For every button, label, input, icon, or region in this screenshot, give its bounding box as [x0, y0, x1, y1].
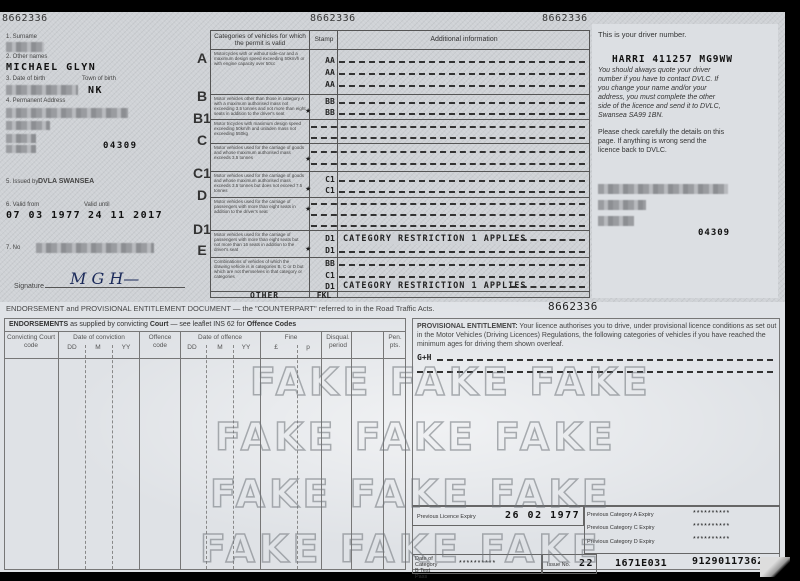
column-divider	[180, 331, 181, 569]
driving-licence-paper: 8662336 1. Surname 2. Other names MICHAE…	[0, 12, 785, 572]
header-additional-info: Additional information	[341, 36, 587, 43]
address-line-1-redacted	[598, 184, 728, 194]
column-divider	[297, 345, 298, 569]
prev-licence-expiry-cell: Previous Licence Expiry 26 02 1977	[412, 506, 584, 526]
col-penalty-points: Pen. pts.	[385, 334, 405, 350]
licence-number-redacted	[36, 243, 154, 253]
endorsements-heading: ENDORSEMENTS	[9, 321, 68, 328]
category-a-description: Motorcycles with or without side-car and…	[214, 51, 306, 66]
other-categories-label-1: OTHER	[250, 291, 279, 300]
prev-licence-expiry-label: Previous Licence Expiry	[417, 514, 476, 520]
driver-number-instructions: You should always quote your driver numb…	[598, 66, 728, 120]
category-a-stamp-1: AA	[321, 56, 339, 65]
row-divider	[211, 171, 589, 172]
row-divider	[211, 49, 589, 50]
endorsements-leaflet-ref: — see leaflet INS 62 for	[169, 321, 247, 328]
category-d-description: Motor vehicles used for the carriage of …	[214, 199, 306, 214]
row-divider	[211, 143, 589, 144]
col-fine-pence: p	[299, 344, 317, 352]
signature-label: Signature	[14, 283, 44, 290]
holder-signature: M G H—	[70, 269, 139, 288]
category-d1-restriction: CATEGORY RESTRICTION 1 APPLIES	[343, 234, 529, 244]
info-dash-line	[339, 251, 585, 253]
valid-until-label: Valid until	[84, 202, 110, 208]
prev-cat-a-label: Previous Category A Expiry	[587, 512, 654, 518]
prev-category-expiry-cell: Previous Category A Expiry ********** Pr…	[584, 506, 780, 554]
info-dash-line	[339, 85, 585, 87]
row-divider	[211, 197, 589, 198]
cat-b-test-cell: Date of Category B Test Pass **********	[412, 554, 542, 574]
licence-upper-section: 8662336 1. Surname 2. Other names MICHAE…	[0, 12, 785, 298]
issue-number-label: Issue No.	[547, 562, 570, 568]
address-line-3-redacted	[6, 134, 36, 143]
other-names-label: 2. Other names	[6, 54, 47, 60]
surname-label: 1. Surname	[6, 34, 37, 40]
provisional-heading: PROVISIONAL ENTITLEMENT:	[417, 323, 518, 330]
expiry-details: Previous Licence Expiry 26 02 1977 Previ…	[412, 505, 780, 570]
column-divider	[112, 345, 113, 569]
prev-cat-d-value: **********	[693, 536, 730, 543]
column-divider	[58, 331, 59, 569]
prev-cat-c-value: **********	[693, 523, 730, 530]
endorsements-header-row: Convicting Court code Date of conviction…	[5, 331, 405, 359]
check-details-text: Please check carefully the details on th…	[598, 128, 728, 155]
valid-from-value: 07 03 1977	[6, 210, 81, 221]
star-icon: ★	[305, 107, 311, 115]
category-c1-description: Motor vehicles used for the carriage of …	[214, 173, 306, 193]
column-divider	[351, 331, 352, 569]
info-dash-line	[339, 191, 585, 193]
address-line-3-redacted	[598, 216, 634, 226]
category-e-stamp-3: D1	[321, 282, 339, 291]
endorsements-court: Court	[150, 321, 169, 328]
address-postcode-fragment: 04309	[103, 141, 138, 151]
column-divider	[206, 345, 207, 569]
category-e-description: Combinations of vehicles of which the dr…	[214, 259, 306, 279]
col-fine: Fine	[261, 334, 321, 342]
cat-b-test-value: **********	[459, 560, 496, 567]
info-dash-line	[339, 276, 585, 278]
column-divider	[321, 331, 322, 569]
category-e-restriction: CATEGORY RESTRICTION 1 APPLIES	[343, 281, 529, 291]
col-fine-pounds: £	[267, 344, 285, 352]
category-e-stamp-2: C1	[321, 271, 339, 280]
star-icon: ★	[305, 245, 311, 253]
col-offence-yy: YY	[235, 344, 257, 352]
info-dash-line	[511, 239, 585, 241]
address-line-2-redacted	[598, 200, 646, 210]
other-category-stamp-1: FKL	[315, 291, 333, 300]
column-divider	[233, 345, 234, 569]
row-divider	[211, 230, 589, 231]
star-icon: ★	[305, 155, 311, 163]
serial-number-top-center: 8662336	[310, 13, 356, 24]
provisional-entitlement-text: PROVISIONAL ENTITLEMENT: Your licence au…	[417, 322, 777, 349]
driver-number-panel: This is your driver number. HARRI 411257…	[592, 24, 778, 298]
counterpart-section: ENDORSEMENT and PROVISIONAL ENTITLEMENT …	[0, 302, 785, 572]
category-c1-stamp-2: C1	[321, 186, 339, 195]
col-conviction-dd: DD	[61, 344, 83, 352]
dob-redacted	[6, 85, 78, 95]
category-b-stamp-1: BB	[321, 97, 339, 106]
info-dash-line	[311, 163, 585, 165]
row-divider	[211, 257, 589, 258]
dob-label: 3. Date of birth	[6, 76, 45, 82]
col-date-conviction: Date of conviction	[59, 334, 139, 342]
licence-number-label: 7. No	[6, 245, 20, 251]
provisional-dash-line	[417, 371, 773, 373]
info-dash-line	[339, 264, 585, 266]
issue-number-value: 22	[579, 558, 594, 569]
column-divider	[260, 331, 261, 569]
driver-number-value: HARRI 411257 MG9WW	[612, 54, 733, 65]
prev-cat-c-label: Previous Category C Expiry	[587, 525, 655, 531]
star-icon: ★	[305, 205, 311, 213]
address-line-4-redacted	[6, 145, 36, 153]
header-stamp: Stamp	[311, 36, 337, 43]
issue-number-cell: Issue No. 22	[542, 554, 597, 574]
category-e-stamp-1: BB	[321, 259, 339, 268]
prev-licence-expiry-value: 26 02 1977	[505, 510, 580, 521]
endorsements-title: ENDORSEMENTS as supplied by convicting C…	[9, 321, 296, 328]
category-d1-description: Motor vehicles used for the carriage of …	[214, 232, 306, 252]
page-curl	[760, 557, 790, 577]
col-conviction-m: M	[87, 344, 109, 352]
town-of-birth-label: Town of birth	[82, 76, 116, 82]
row-divider	[211, 119, 589, 120]
valid-until-value: 24 11 2017	[88, 210, 163, 221]
category-d1-stamp-2: D1	[321, 246, 339, 255]
valid-from-label: 6. Valid from	[6, 202, 39, 208]
col-offence-m: M	[209, 344, 231, 352]
prev-cat-a-value: **********	[693, 510, 730, 517]
prev-cat-d-label: Previous Category D Expiry	[587, 539, 655, 545]
info-dash-line	[311, 214, 585, 216]
star-icon: ★	[305, 185, 311, 193]
row-divider	[211, 94, 589, 95]
col-disqual-period: Disqual. period	[323, 334, 353, 350]
category-c-description: Motor vehicles used for the carriage of …	[214, 145, 306, 160]
info-dash-line	[511, 286, 585, 288]
category-a-stamp-3: AA	[321, 80, 339, 89]
info-dash-line	[311, 126, 585, 128]
info-dash-line	[311, 151, 585, 153]
cat-b-test-label: Date of Category B Test Pass	[415, 556, 441, 580]
address-line-1-redacted	[6, 108, 128, 118]
endorsements-table: ENDORSEMENTS as supplied by convicting C…	[4, 318, 406, 570]
column-divider	[85, 345, 86, 569]
reference-code-2: 912901173621	[692, 556, 770, 567]
address-line-2-redacted	[6, 121, 50, 130]
column-divider	[139, 331, 140, 569]
col-conviction-yy: YY	[115, 344, 137, 352]
info-dash-line	[339, 61, 585, 63]
column-divider	[383, 331, 384, 569]
info-dash-line	[339, 73, 585, 75]
endorsements-offence-codes: Offence Codes	[247, 321, 296, 328]
issued-by-label: 5. Issued by	[6, 179, 38, 185]
info-dash-line	[311, 137, 585, 139]
col-court-code: Convicting Court code	[5, 334, 57, 350]
serial-number-top-left: 8662336	[2, 13, 48, 24]
category-b-stamp-2: BB	[321, 108, 339, 117]
info-dash-line	[339, 113, 585, 115]
category-d1-stamp-1: D1	[321, 234, 339, 243]
provisional-dash-line	[437, 359, 773, 361]
provisional-categories: G+H	[417, 353, 431, 362]
town-of-birth-value: NK	[88, 85, 103, 96]
info-dash-line	[311, 203, 585, 205]
category-b-description: Motor vehicles other than those in categ…	[214, 96, 306, 116]
header-categories: Categories of vehicles for which the per…	[213, 33, 307, 47]
endorsements-subtitle: as supplied by convicting	[68, 321, 150, 328]
col-offence-dd: DD	[181, 344, 203, 352]
signature-line	[45, 287, 185, 288]
category-a-stamp-2: AA	[321, 68, 339, 77]
reference-code-1: 1671E031	[615, 558, 667, 569]
serial-number-top-right: 8662336	[542, 13, 588, 24]
driver-number-label: This is your driver number.	[598, 30, 686, 39]
serial-number-mid: 8662336	[548, 300, 598, 313]
category-c1-stamp-1: C1	[321, 175, 339, 184]
info-dash-line	[339, 180, 585, 182]
categories-table: Categories of vehicles for which the per…	[210, 30, 590, 298]
address-label: 4. Permanent Address	[6, 98, 65, 104]
address-postcode-fragment: 04309	[698, 228, 730, 238]
col-offence-code: Offence code	[141, 334, 179, 350]
issued-by-value: DVLA SWANSEA	[38, 178, 94, 185]
col-date-offence: Date of offence	[181, 334, 259, 342]
counterpart-title: ENDORSEMENT and PROVISIONAL ENTITLEMENT …	[6, 304, 435, 313]
other-names-value: MICHAEL GLYN	[6, 62, 96, 73]
info-dash-line	[339, 102, 585, 104]
category-b1-description: Motor tricycles with maximum design spee…	[214, 121, 306, 136]
info-dash-line	[311, 225, 585, 227]
surname-redacted	[6, 42, 44, 52]
